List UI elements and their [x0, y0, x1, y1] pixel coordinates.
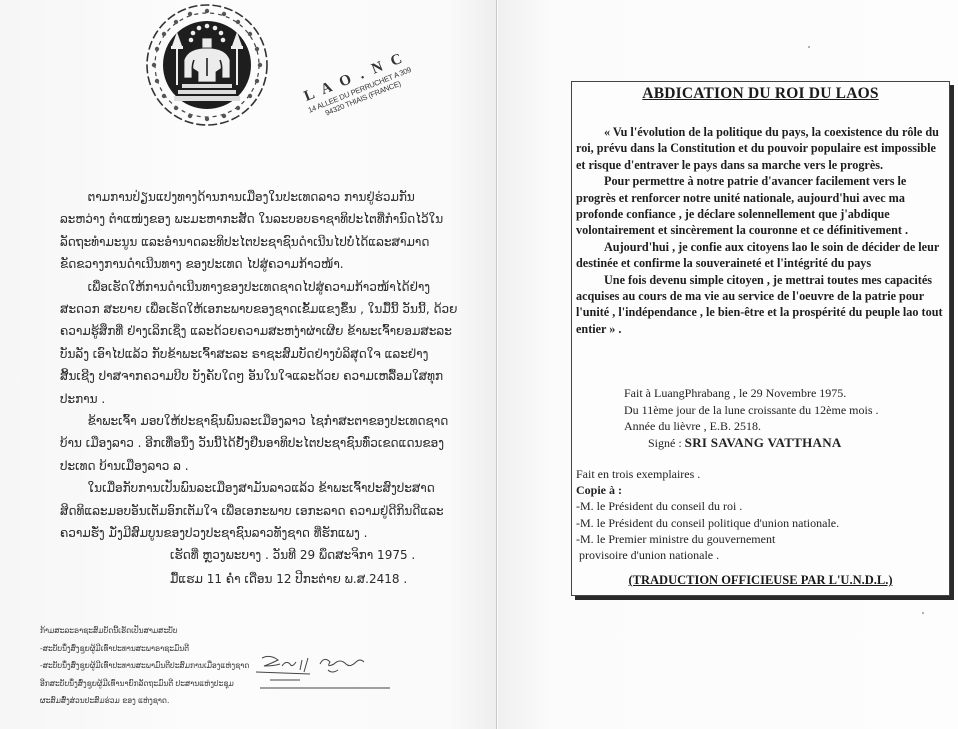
abdication-text: « Vu l'évolution de la politique du pays… — [576, 124, 946, 337]
lao-date-line2: ມື້ແຮມ 11 ຄ່ຳ ເດືອນ 12 ປີກະຕ່າຍ ພ.ສ.2418… — [170, 567, 470, 591]
year: Année du lièvre , E.B. 2518. — [624, 418, 944, 435]
lao-footer-line: -ສະບັບນຶ່ງສົ່ງຊູຍຜູ້ມີເທົ່າປະທານສະພາມົນຕ… — [40, 657, 260, 675]
lao-paragraph: ເພື່ອເຮັດໃຫ້ການດຳເນີນທາງຂອງປະເທດຊາດໄປສູ່… — [60, 276, 460, 410]
lunar-date: Du 11ème jour de la lune croissante du 1… — [624, 402, 944, 419]
lao-paragraph: ຕາມການປ່ຽນແປງທາງດ້ານການເມືອງໃນປະເທດລາວ ກ… — [60, 186, 460, 276]
handwritten-signature-icon — [240, 650, 390, 700]
lao-footer-line: ອີກສະບັບນຶ່ງສົ່ງຊູຍຜູ້ມີເທົ່ານາຍົກລັດຖະມ… — [40, 675, 260, 693]
paragraph: Pour permettre à notre patrie d'avancer … — [576, 173, 946, 239]
lao-date-line1: ເຮັດທີ່ ຫຼວງພະບາງ . ວັນທີ 29 ພຶດສະຈິກາ 1… — [170, 543, 470, 567]
lao-abdication-text: ຕາມການປ່ຽນແປງທາງດ້ານການເມືອງໃນປະເທດລາວ ກ… — [60, 186, 460, 545]
lao-paragraph: ຂ້າພະເຈົ້າ ມອບໃຫ້ປະຊາຊົນພົນລະເມືອງລາວ ໄຊ… — [60, 410, 460, 477]
page-fold — [496, 0, 497, 729]
paragraph: Une fois devenu simple citoyen , je mett… — [576, 272, 946, 338]
royal-seal-icon — [144, 2, 270, 128]
recipient: -M. le Premier ministre du gouvernement — [576, 531, 946, 547]
lao-footer-line: -ສະບັບນຶ່ງສົ່ງຊູຍຜູ້ມີເທົ່າປະທານສະພາຣາຊະ… — [40, 640, 260, 658]
lao-nc-stamp: L A O . N C 14 ALLEE DU PERRUCHET A 309 … — [282, 42, 434, 131]
recipient: -M. le Président du conseil du roi . — [576, 498, 946, 514]
document-title: ABDICATION DU ROI DU LAOS — [572, 85, 949, 103]
copies-note: Fait en trois exemplaires . — [576, 466, 946, 482]
copies-block: Fait en trois exemplaires . Copie à : -M… — [576, 466, 946, 563]
left-page-lao: L A O . N C 14 ALLEE DU PERRUCHET A 309 … — [0, 0, 497, 729]
paragraph: Aujourd'hui , je confie aux citoyens lao… — [576, 239, 946, 272]
lao-date-block: ເຮັດທີ່ ຫຼວງພະບາງ . ວັນທີ 29 ພຶດສະຈິກາ 1… — [170, 543, 470, 591]
french-translation-box: ABDICATION DU ROI DU LAOS « Vu l'évoluti… — [571, 81, 950, 596]
translation-note: (TRADUCTION OFFICIEUSE PAR L'U.N.D.L.) — [572, 573, 949, 588]
paragraph: « Vu l'évolution de la politique du pays… — [576, 124, 946, 173]
lao-copies-list: ກ້າມສະລະຣາຊະສົມບັດນີ້ເຮັດເປັນສາມສະບັບ -ສ… — [40, 622, 260, 710]
lao-footer-line: ກ້າມສະລະຣາຊະສົມບັດນີ້ເຮັດເປັນສາມສະບັບ — [40, 622, 260, 640]
scan-speck — [922, 612, 924, 614]
signer-name: SRI SAVANG VATTHANA — [685, 435, 842, 450]
place-date: Fait à LuangPhrabang , le 29 Novembre 19… — [624, 385, 944, 402]
lao-footer-line: ຜະສົມສົ່ງສ່ວນປະສົມຮ່ວມ ຂອງ ແຫ່ງຊາດ. — [40, 692, 260, 710]
signed-line: Signé : SRI SAVANG VATTHANA — [624, 435, 944, 452]
recipient: -M. le Président du conseil politique d'… — [576, 515, 946, 531]
scan-speck — [808, 46, 810, 48]
signed-label: Signé : — [648, 436, 685, 450]
copie-label: Copie à : — [576, 482, 946, 498]
lao-paragraph: ໃນເມື່ອກັບການເປັນພົນລະເມືອງສາມັນລາວແລ້ວ … — [60, 477, 460, 544]
recipient: provisoire d'union nationale . — [576, 547, 946, 563]
signature-block: Fait à LuangPhrabang , le 29 Novembre 19… — [624, 385, 944, 451]
